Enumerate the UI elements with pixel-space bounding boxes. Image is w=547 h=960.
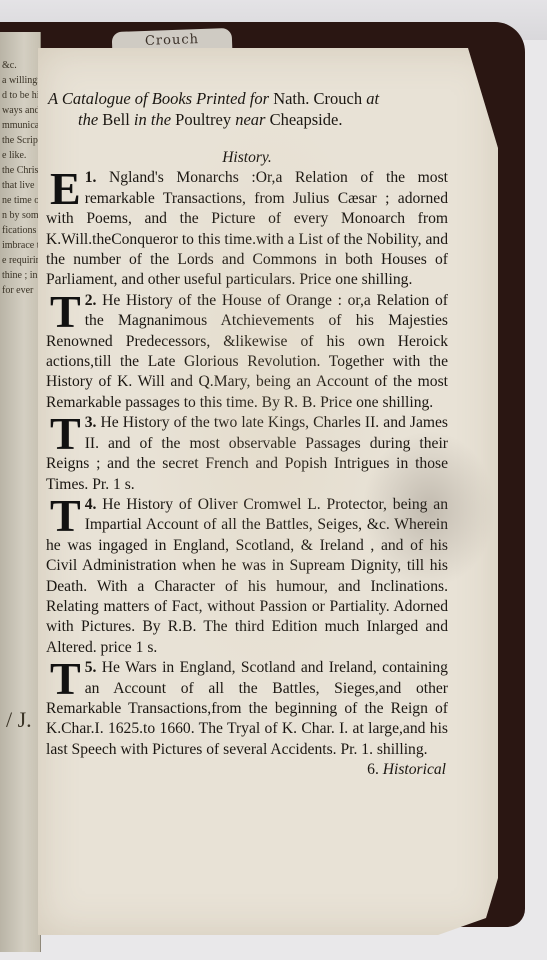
drop-cap: T [50,660,81,698]
page-heading: A Catalogue of Books Printed for Nath. C… [46,88,448,130]
heading-at: at [366,89,379,108]
entry-text: Ngland's Monarchs :Or,a Relation of the … [46,169,448,288]
entry-number: 4. [85,496,97,513]
heading-cheapside: Cheapside. [270,110,343,129]
entry-number: 1. [85,169,97,186]
heading-bell: Bell [102,110,130,129]
left-page-line: thine ; in [0,268,40,283]
section-title: History. [46,148,448,168]
heading-italic: A Catalogue of Books Printed for [48,89,269,108]
catalogue-entry-1: 1. E Ngland's Monarchs :Or,a Relation of… [46,168,448,290]
drop-cap: T [50,415,81,453]
left-page-line: d to be his to [0,88,40,103]
left-page-line: the Scriptures [0,133,40,148]
catchword-number: 6. [367,761,379,778]
entry-number: 5. [85,659,97,676]
heading-near: near [235,110,265,129]
entry-number: 2. [85,292,97,309]
left-page-line: &c. [0,58,40,73]
entry-text: He History of Oliver Cromwel L. Protecto… [46,496,448,656]
left-page-margin-mark: / J. [6,707,32,733]
left-page-line: a willingness [0,73,40,88]
entry-text: He History of the two late Kings, Charle… [46,414,448,492]
catalogue-entry-3: 3. T He History of the two late Kings, C… [46,413,448,495]
page-text: A Catalogue of Books Printed for Nath. C… [46,88,448,781]
entry-text: He History of the House of Orange : or,a… [46,292,448,411]
drop-cap: T [50,293,81,331]
left-page-text: &c.a willingnessd to be his toways and o… [0,58,40,298]
heading-poultrey: Poultrey [175,110,231,129]
entry-text: He Wars in England, Scotland and Ireland… [46,659,448,758]
heading-the: the [78,110,98,129]
left-page-line: the Christ [0,163,40,178]
catalogue-entry-2: 2. T He History of the House of Orange :… [46,291,448,413]
drop-cap: T [50,497,81,535]
catalogue-entry-5: 5. T He Wars in England, Scotland and Ir… [46,658,448,760]
left-page-line: that live [0,178,40,193]
left-page-line: e like. [0,148,40,163]
left-page-line: fications of [0,223,40,238]
catchword: 6. Historical [46,760,448,780]
left-page-line: e requiring [0,253,40,268]
drop-cap: E [50,170,81,208]
entry-number: 3. [85,414,97,431]
left-page-line: mmunicate his [0,118,40,133]
heading-publisher: Nath. Crouch [273,89,362,108]
left-page-line: ne time or [0,193,40,208]
catalogue-page: A Catalogue of Books Printed for Nath. C… [38,48,498,935]
left-page-line: imbrace the [0,238,40,253]
left-page-line: for ever [0,283,40,298]
catchword-word: Historical [383,761,446,778]
left-page-edge: &c.a willingnessd to be his toways and o… [0,32,41,952]
catalogue-entry-4: 4. T He History of Oliver Cromwel L. Pro… [46,495,448,658]
left-page-line: n by some [0,208,40,223]
heading-in-the: in the [134,110,171,129]
left-page-line: ways and orde [0,103,40,118]
